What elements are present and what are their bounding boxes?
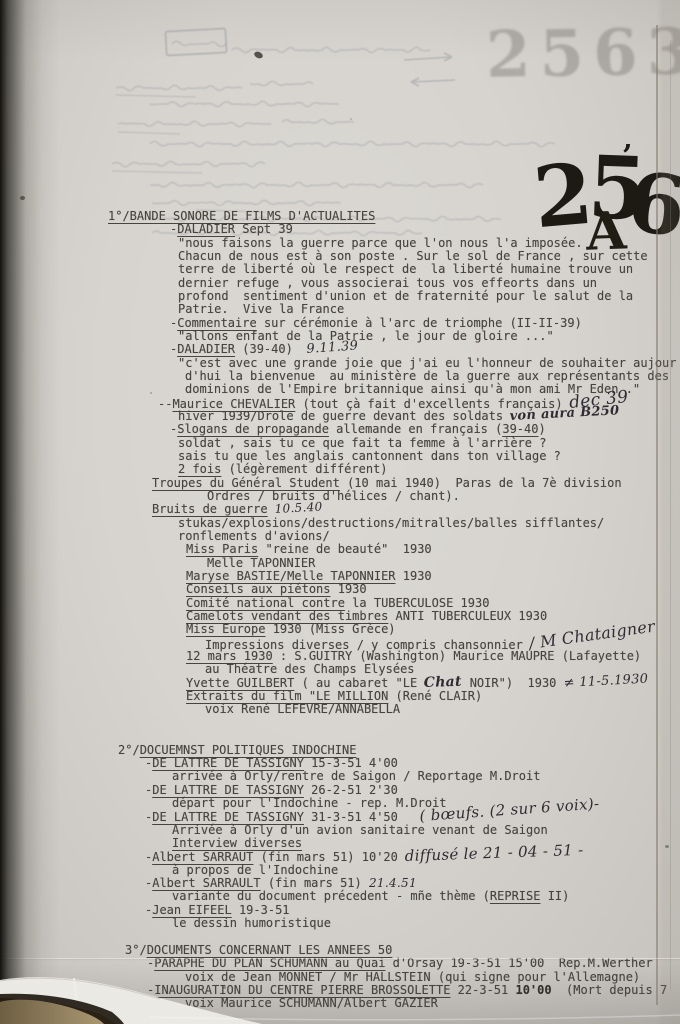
dust-speck <box>150 392 152 394</box>
bottom-left-page-corner <box>0 0 680 1024</box>
photographed-archive-page: 2563 256’ A 1°/BANDE SONORE DE FILMS D'A… <box>0 0 680 1024</box>
dust-speck <box>665 845 669 848</box>
dust-speck <box>20 196 25 200</box>
dust-speck <box>350 118 352 120</box>
dust-speck <box>222 986 226 989</box>
